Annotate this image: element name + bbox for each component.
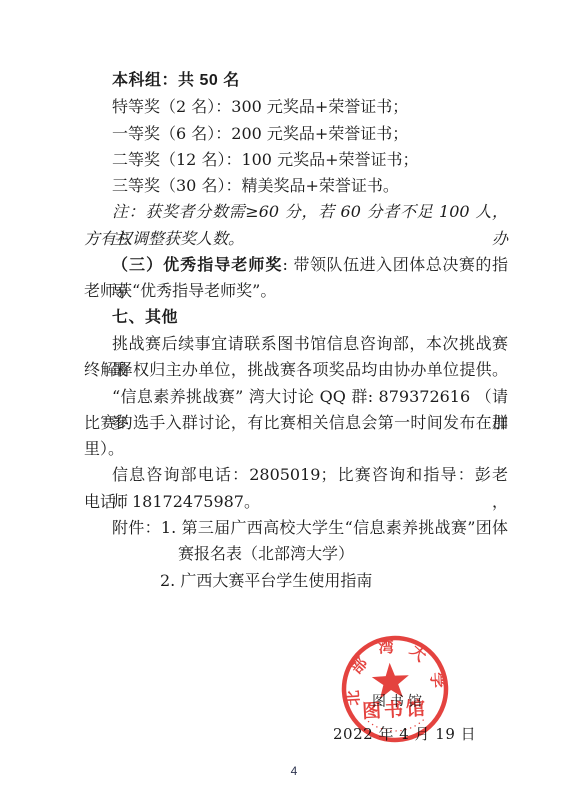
doc-line-other-2: 终解释权归主办单位，挑战赛各项奖品均由协办单位提供。 [84, 357, 508, 383]
page-number: 4 [0, 764, 588, 778]
seal-label: 图书馆 [362, 696, 429, 722]
doc-line-prize-first: 一等奖（6 名）：200 元奖品+荣誉证书； [84, 121, 508, 147]
doc-line-prize-second: 二等奖（12 名）：100 元奖品+荣誉证书； [84, 147, 508, 173]
doc-line-teacher-award-1: （三）优秀指导老师奖: 带领队伍进入团体总决赛的指导 [84, 252, 508, 278]
doc-line-attachment-1: 附件：1. 第三届广西高校大学生“信息素养挑战赛”团体 [84, 515, 508, 541]
svg-text:北部湾大学: 北部湾大学 [340, 634, 447, 706]
doc-line-prize-third: 三等奖（30 名）：精美奖品+荣誉证书。 [84, 173, 508, 199]
doc-line-section-seven: 七、其他 [84, 305, 508, 331]
official-seal: 北部湾大学 图书馆 ••••••••••••• [330, 624, 460, 754]
doc-line-qq-group-2: 比赛的选手入群讨论，有比赛相关信息会第一时间发布在群 [84, 410, 508, 436]
teacher-award-heading: （三）优秀指导老师奖 [112, 257, 282, 274]
doc-line-other-1: 挑战赛后续事宜请联系图书馆信息咨询部，本次挑战赛最 [84, 331, 508, 357]
star-icon [371, 662, 410, 699]
doc-line-qq-group-3: 里）。 [84, 436, 508, 462]
seal-arc-text: 北部湾大学 [340, 634, 447, 706]
doc-line-prize-special: 特等奖（2 名）：300 元奖品+荣誉证书； [84, 94, 508, 120]
document-body: 本科组：共 50 名 特等奖（2 名）：300 元奖品+荣誉证书； 一等奖（6 … [84, 68, 508, 594]
doc-line-group-title: 本科组：共 50 名 [84, 68, 508, 94]
doc-line-note-1: 注：获奖者分数需≥60 分，若 60 分者不足 100 人，主办 [84, 199, 508, 225]
doc-line-contact-1: 信息咨询部电话：2805019；比赛咨询和指导：彭老师， [84, 462, 508, 488]
doc-line-teacher-award-2: 老师获“优秀指导老师奖”。 [84, 278, 508, 304]
doc-line-attachment-1b: 赛报名表（北部湾大学） [84, 541, 508, 567]
doc-line-qq-group-1: “信息素养挑战赛” 湾大讨论 QQ 群: 879372616 （请参加 [84, 384, 508, 410]
doc-line-attachment-2: 2. 广西大赛平台学生使用指南 [84, 568, 508, 594]
document-page: 本科组：共 50 名 特等奖（2 名）：300 元奖品+荣誉证书； 一等奖（6 … [0, 0, 588, 801]
